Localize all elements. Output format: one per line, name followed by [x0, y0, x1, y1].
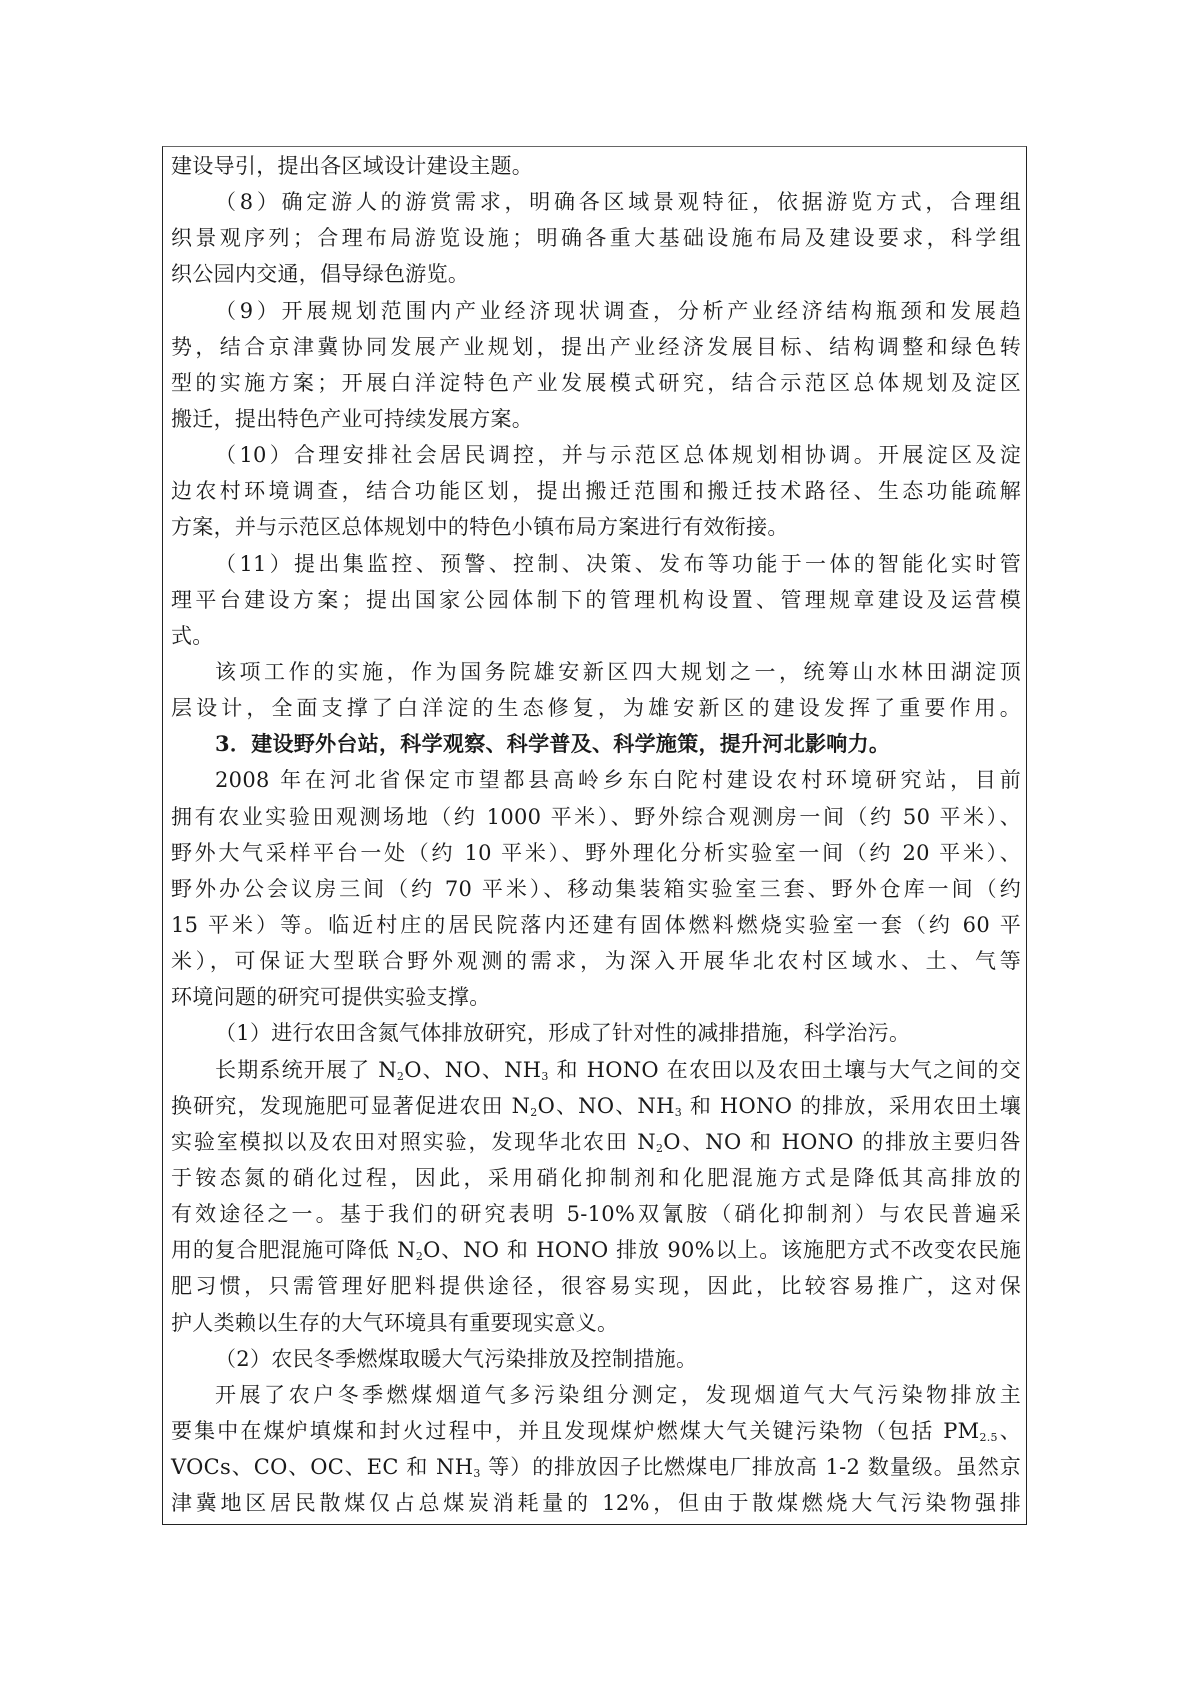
- text-line: 野外办公会议房三间（约 70 平米）、移动集装箱实验室三套、野外仓库一间（约: [171, 871, 1021, 907]
- text-line: （11）提出集监控、预警、控制、决策、发布等功能于一体的智能化实时管: [171, 546, 1021, 582]
- text-line: （2）农民冬季燃煤取暖大气污染排放及控制措施。: [171, 1341, 1021, 1377]
- text-line: 势，结合京津冀协同发展产业规划，提出产业经济发展目标、结构调整和绿色转: [171, 329, 1021, 365]
- text-line: 该项工作的实施，作为国务院雄安新区四大规划之一，统筹山水林田湖淀顶: [171, 654, 1021, 690]
- text-line: 于铵态氮的硝化过程，因此，采用硝化抑制剂和化肥混施方式是降低其高排放的: [171, 1160, 1021, 1196]
- text-line: 边农村环境调查，结合功能区划，提出搬迁范围和搬迁技术路径、生态功能疏解: [171, 473, 1021, 509]
- text-line: 型的实施方案；开展白洋淀特色产业发展模式研究，结合示范区总体规划及淀区: [171, 365, 1021, 401]
- document-body: 建设导引，提出各区域设计建设主题。（8）确定游人的游赏需求，明确各区域景观特征，…: [171, 148, 1021, 1521]
- text-line: 15 平米）等。临近村庄的居民院落内还建有固体燃料燃烧实验室一套（约 60 平: [171, 907, 1021, 943]
- text-line: 层设计，全面支撑了白洋淀的生态修复，为雄安新区的建设发挥了重要作用。: [171, 690, 1021, 726]
- text-line: 野外大气采样平台一处（约 10 平米）、野外理化分析实验室一间（约 20 平米）…: [171, 835, 1021, 871]
- text-line: 米），可保证大型联合野外观测的需求，为深入开展华北农村区域水、土、气等: [171, 943, 1021, 979]
- text-line: 拥有农业实验田观测场地（约 1000 平米）、野外综合观测房一间（约 50 平米…: [171, 799, 1021, 835]
- text-line: 搬迁，提出特色产业可持续发展方案。: [171, 401, 1021, 437]
- text-line: 开展了农户冬季燃煤烟道气多污染组分测定，发现烟道气大气污染物排放主: [171, 1377, 1021, 1413]
- text-line: 换研究，发现施肥可显著促进农田 N2O、NO、NH3 和 HONO 的排放，采用…: [171, 1088, 1021, 1124]
- text-line: 有效途径之一。基于我们的研究表明 5-10%双氰胺（硝化抑制剂）与农民普遍采: [171, 1196, 1021, 1232]
- text-line: 肥习惯，只需管理好肥料提供途径，很容易实现，因此，比较容易推广，这对保: [171, 1268, 1021, 1304]
- text-line: （8）确定游人的游赏需求，明确各区域景观特征，依据游览方式，合理组: [171, 184, 1021, 220]
- text-line: 环境问题的研究可提供实验支撑。: [171, 979, 1021, 1015]
- text-line: （1）进行农田含氮气体排放研究，形成了针对性的减排措施，科学治污。: [171, 1015, 1021, 1051]
- text-line: 实验室模拟以及农田对照实验，发现华北农田 N2O、NO 和 HONO 的排放主要…: [171, 1124, 1021, 1160]
- text-line: 式。: [171, 618, 1021, 654]
- text-line: （9）开展规划范围内产业经济现状调查，分析产业经济结构瓶颈和发展趋: [171, 293, 1021, 329]
- text-line: 理平台建设方案；提出国家公园体制下的管理机构设置、管理规章建设及运营模: [171, 582, 1021, 618]
- text-line: 2008 年在河北省保定市望都县高岭乡东白陀村建设农村环境研究站，目前: [171, 762, 1021, 798]
- text-line: 织公园内交通，倡导绿色游览。: [171, 256, 1021, 292]
- text-line: （10）合理安排社会居民调控，并与示范区总体规划相协调。开展淀区及淀: [171, 437, 1021, 473]
- text-line: 方案，并与示范区总体规划中的特色小镇布局方案进行有效衔接。: [171, 509, 1021, 545]
- text-line: VOCs、CO、OC、EC 和 NH3 等）的排放因子比燃煤电厂排放高 1-2 …: [171, 1449, 1021, 1485]
- text-line: 津冀地区居民散煤仅占总煤炭消耗量的 12%，但由于散煤燃烧大气污染物强排: [171, 1485, 1021, 1521]
- text-line: 建设导引，提出各区域设计建设主题。: [171, 148, 1021, 184]
- text-line: 护人类赖以生存的大气环境具有重要现实意义。: [171, 1305, 1021, 1341]
- text-line: 用的复合肥混施可降低 N2O、NO 和 HONO 排放 90%以上。该施肥方式不…: [171, 1232, 1021, 1268]
- text-line: 织景观序列；合理布局游览设施；明确各重大基础设施布局及建设要求，科学组: [171, 220, 1021, 256]
- section-heading: 3．建设野外台站，科学观察、科学普及、科学施策，提升河北影响力。: [171, 726, 1021, 762]
- text-line: 长期系统开展了 N2O、NO、NH3 和 HONO 在农田以及农田土壤与大气之间…: [171, 1052, 1021, 1088]
- text-line: 要集中在煤炉填煤和封火过程中，并且发现煤炉燃煤大气关键污染物（包括 PM2.5、: [171, 1413, 1021, 1449]
